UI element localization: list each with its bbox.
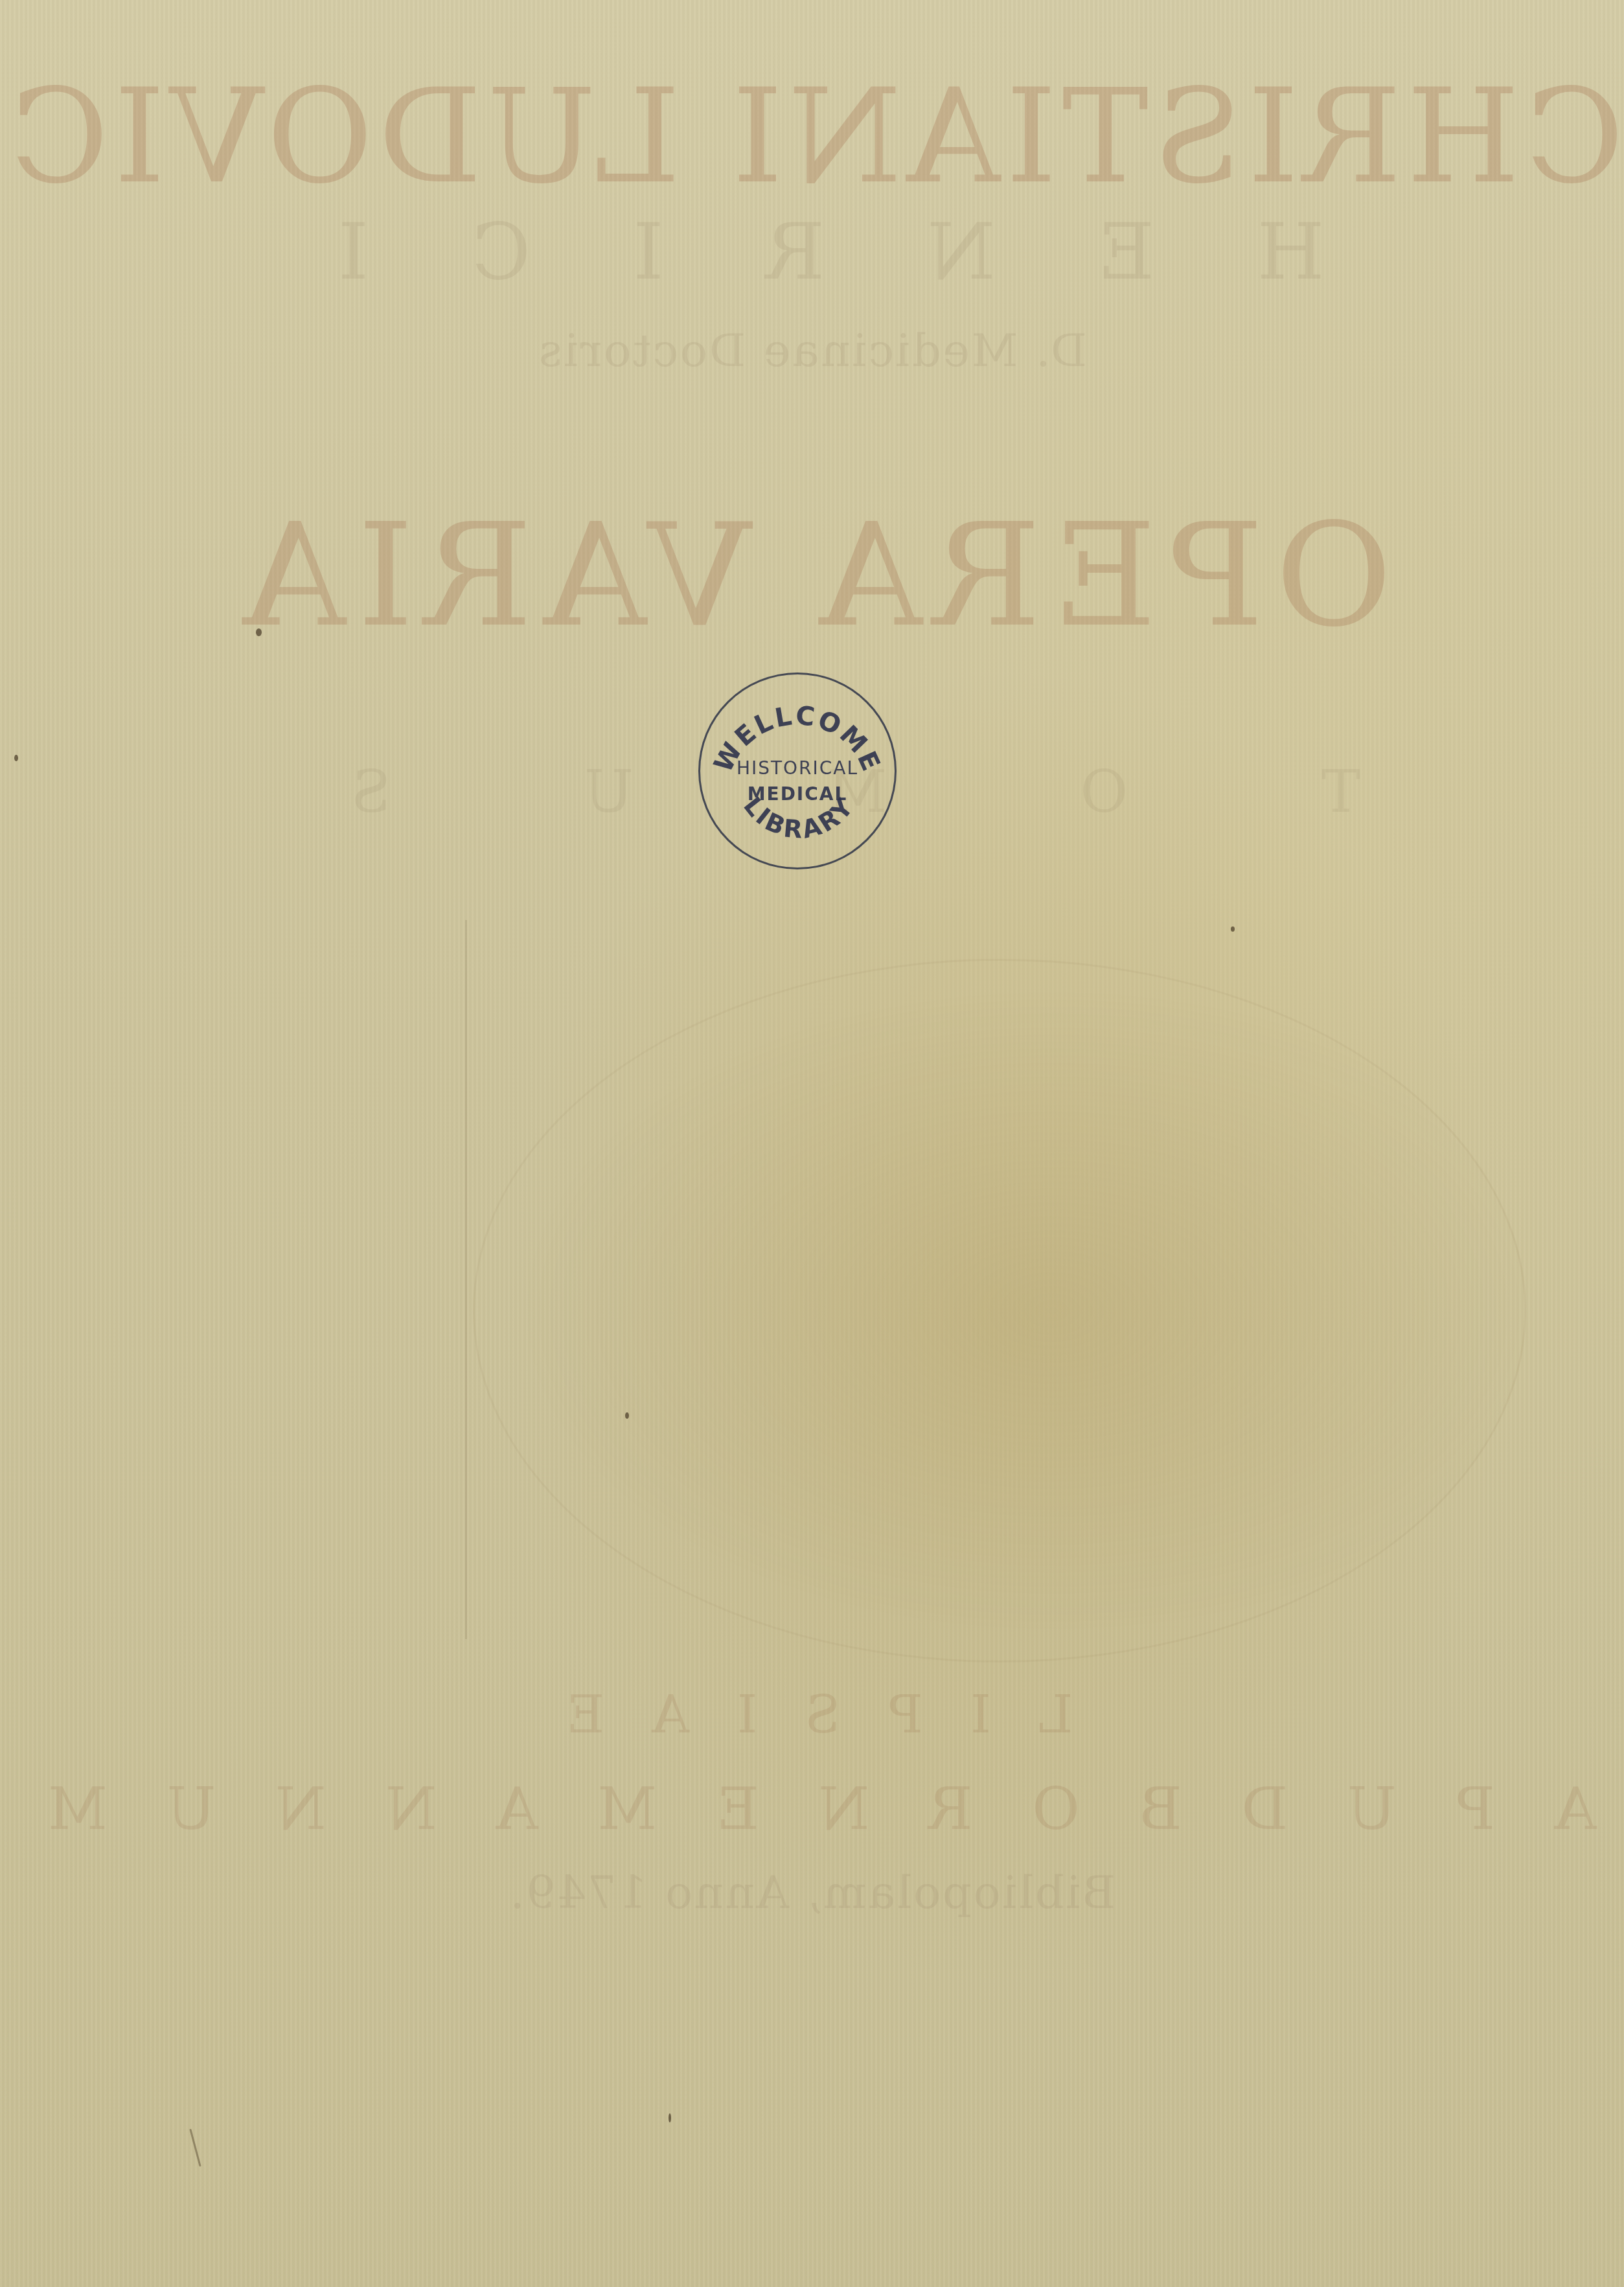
show-through-degree-line: D. Medicinae Doctoris bbox=[0, 324, 1624, 377]
paper-speck bbox=[256, 628, 262, 636]
library-stamp: WELLCOME LIBRARY HISTORICAL MEDICAL bbox=[698, 672, 897, 869]
paper-fiber bbox=[189, 2129, 201, 2167]
show-through-name-line: H E N R I C I bbox=[0, 207, 1624, 297]
scanned-page: CHRISTIANI LUDOVICI H E N R I C I D. Med… bbox=[0, 0, 1624, 2287]
stamp-line-historical: HISTORICAL bbox=[700, 757, 895, 779]
show-through-place-line: L I P S I A E bbox=[0, 1684, 1624, 1745]
stamp-line-medical: MEDICAL bbox=[700, 783, 895, 805]
paper-speck bbox=[669, 2113, 671, 2122]
show-through-title-line: OPERA VARIA bbox=[0, 492, 1624, 658]
paper-speck bbox=[625, 1412, 629, 1419]
paper-speck bbox=[14, 755, 18, 761]
plate-mark-line bbox=[465, 920, 467, 1639]
paper-speck bbox=[1231, 926, 1235, 932]
show-through-imprint-line: Bibliopolam, Anno 1749. bbox=[0, 1866, 1624, 1919]
show-through-publisher-line: A P U D B O R N E M A N N U M bbox=[0, 1775, 1624, 1843]
show-through-author-line: CHRISTIANI LUDOVICI bbox=[0, 62, 1624, 213]
show-through-engraving-vignette bbox=[473, 959, 1526, 1662]
